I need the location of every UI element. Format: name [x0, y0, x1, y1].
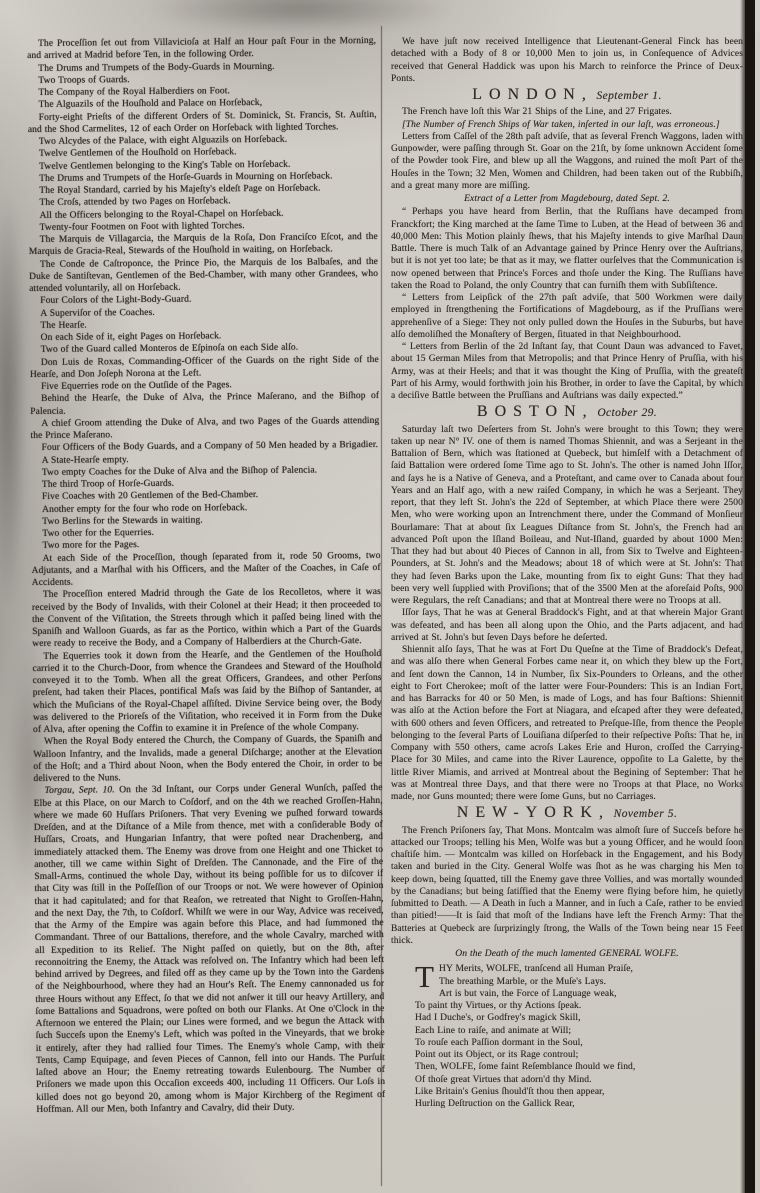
elegy-poem: THY Merits, WOLFE, tranſcend all Human P…: [391, 963, 743, 1110]
news-paragraph: Don Luis de Roxas, Commanding-Officer of…: [30, 353, 379, 381]
news-paragraph: Iſſor ſays, That he was at General Bradd…: [391, 607, 743, 644]
news-paragraph: The Proceſſion entered Madrid through th…: [32, 586, 382, 650]
news-paragraph: The French have loſt this War 21 Ships o…: [391, 106, 743, 118]
news-paragraph: Behind the Hearſe, the Duke of Alva, the…: [30, 390, 379, 418]
left-column: The Proceſſion ſet out from Villavicioſa…: [27, 35, 386, 1188]
news-paragraph: A chief Groom attending the Duke of Alva…: [30, 415, 379, 443]
right-column: We have juſt now received Intelligence t…: [391, 36, 743, 1188]
poem-line: Like Britain's Genius ſhould'ſt thou the…: [415, 1086, 743, 1098]
news-paragraph: Torgau, Sept. 10. On the 3d Inſtant, our…: [34, 782, 386, 1116]
ink-smudge: [150, 0, 450, 32]
news-paragraph: “ Letters from Leipſick of the 27th paſt…: [391, 292, 743, 341]
news-paragraph: “ Letters from Berlin of the 2d Inſtant …: [391, 341, 743, 402]
poem-line: To rouſe each Paſſion dormant in the Sou…: [415, 1037, 743, 1049]
dateline-date: October 29.: [594, 407, 657, 419]
news-paragraph: The Conde de Caſtroponce, the Prince Pio…: [29, 255, 378, 295]
poem-line: HY Merits, WOLFE, tranſcend all Human Pr…: [415, 963, 743, 975]
dateline-city: LONDON,: [472, 86, 593, 103]
dateline-date: September 1.: [593, 90, 662, 102]
news-paragraph: The Equerries took it down from the Hear…: [32, 647, 382, 736]
poem-line: Had I Duche's, or Godfrey's magick Skill…: [415, 1012, 743, 1024]
dateline-city: NEW-YORK,: [457, 804, 610, 821]
dateline-date: November 5.: [610, 808, 677, 820]
news-paragraph: “ Perhaps you have heard from Berlin, th…: [391, 206, 743, 292]
dateline-city: BOSTON,: [477, 403, 594, 420]
poem-line: Of thoſe great Virtues that adorn'd thy …: [415, 1074, 743, 1086]
newspaper-page: The Proceſſion ſet out from Villavicioſa…: [0, 0, 760, 1193]
dateline-lead: Torgau, Sept. 10.: [45, 785, 120, 796]
news-paragraph: Saturday laſt two Deſerters from St. Joh…: [391, 424, 743, 608]
news-paragraph: Shiennit alſo ſays, That he was at Fort …: [391, 644, 743, 803]
news-paragraph: The Marquis de Villagarcia, the Marquis …: [29, 231, 378, 259]
drop-cap: T: [415, 963, 439, 988]
poem-line: To paint thy Virtues, or thy Actions ſpe…: [415, 1000, 743, 1012]
scan-edge-bar: [745, 0, 755, 1193]
poem-line: Art is but vain, the Force of Language w…: [415, 988, 743, 1000]
dateline-heading: BOSTON, October 29.: [391, 406, 743, 420]
news-paragraph: When the Royal Body entered the Church, …: [33, 733, 382, 785]
poem-line: Point out its Object, or its Rage contro…: [415, 1049, 743, 1061]
poem-line: The breathing Marble, or the Muſe's Lays…: [415, 976, 743, 988]
news-paragraph: The Proceſſion ſet out from Villavicioſa…: [27, 35, 376, 63]
news-paragraph: The French Priſoners ſay, That Mons. Mon…: [391, 825, 743, 948]
news-paragraph: At each Side of the Proceſſion, though ſ…: [31, 549, 380, 589]
poem-line: Hurling Deſtruction on the Gallick Rear,: [415, 1098, 743, 1110]
news-paragraph: Letters from Caſſel of the 28th paſt adv…: [391, 131, 743, 192]
italic-note: On the Death of the much lamented GENERA…: [391, 948, 743, 960]
poem-line: Each Line to raiſe, and animate at Will;: [415, 1025, 743, 1037]
italic-note: [The Number of French Ships of War taken…: [391, 119, 743, 131]
news-paragraph: Forty-eight Prieſts of the different Ord…: [28, 108, 377, 136]
dateline-heading: NEW-YORK, November 5.: [391, 807, 743, 821]
italic-note: Extract of a Letter from Magdebourg, dat…: [391, 193, 743, 205]
dateline-heading: LONDON, September 1.: [391, 89, 743, 103]
news-paragraph: We have juſt now received Intelligence t…: [391, 36, 743, 85]
poem-line: Then, WOLFE, ſome faint Reſemblance ſhou…: [415, 1061, 743, 1073]
